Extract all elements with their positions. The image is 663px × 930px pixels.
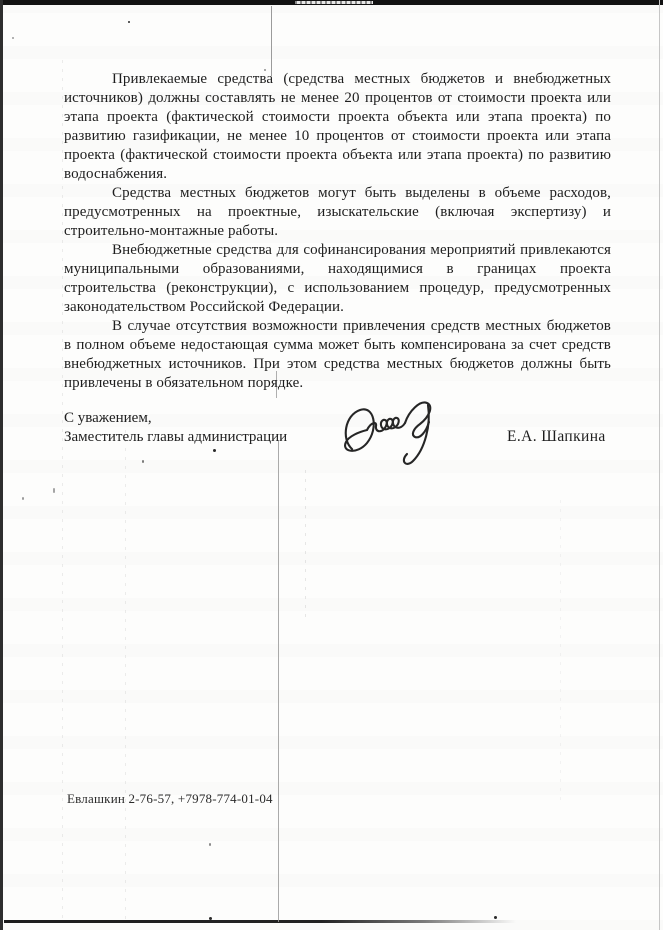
fold-line xyxy=(278,440,279,922)
scan-speck xyxy=(494,916,497,919)
text-line: привлечены в обязательном порядке. xyxy=(64,374,611,393)
text-line: этапа проекта (фактической стоимости про… xyxy=(64,108,611,127)
scan-speck xyxy=(22,497,24,500)
text-line: В случае отсутствия возможности привлече… xyxy=(64,317,611,336)
scan-speck xyxy=(213,449,216,452)
scan-speck xyxy=(12,37,14,39)
footer-contact: Евлашкин 2-76-57, +7978-774-01-04 xyxy=(67,791,273,807)
text-line: водоснабжения. xyxy=(64,165,611,184)
scan-streak xyxy=(62,60,63,920)
scan-speck xyxy=(53,488,55,493)
text-line: развитию газификации, не менее 10 процен… xyxy=(64,127,611,146)
text-line: Внебюджетные средства для софинансирован… xyxy=(64,241,611,260)
scan-speck xyxy=(128,21,130,23)
signature-icon xyxy=(336,395,461,473)
fold-line xyxy=(271,6,272,76)
scan-right-edge xyxy=(659,0,660,930)
scan-streak xyxy=(305,470,306,620)
text-line: Средства местных бюджетов могут быть выд… xyxy=(64,184,611,203)
scanned-letter-page: { "document": { "language": "ru", "parag… xyxy=(0,0,663,930)
paragraph: В случае отсутствия возможности привлече… xyxy=(64,317,611,393)
text-line: источников) должны составлять не менее 2… xyxy=(64,89,611,108)
text-line: предусмотренных на проектные, изыскатель… xyxy=(64,203,611,222)
scan-top-smudge xyxy=(295,1,373,4)
scan-speck xyxy=(209,843,211,846)
scan-speck xyxy=(209,917,212,920)
signer-title: Заместитель главы администрации xyxy=(64,428,287,447)
scan-top-edge xyxy=(0,0,663,5)
text-line: внебюджетных источников. При этом средст… xyxy=(64,355,611,374)
paragraph: Привлекаемые средства (средства местных … xyxy=(64,70,611,184)
text-line: в полном объеме недостающая сумма может … xyxy=(64,336,611,355)
scan-speck xyxy=(142,460,144,463)
text-line: муниципальными образованиями, находящими… xyxy=(64,260,611,279)
text-line: Привлекаемые средства (средства местных … xyxy=(64,70,611,89)
scan-streak xyxy=(560,500,561,800)
text-line: проекта (фактической стоимости проекта о… xyxy=(64,146,611,165)
scan-speck xyxy=(264,69,266,71)
scan-left-edge xyxy=(0,0,3,930)
text-line: строительно-монтажные работы. xyxy=(64,222,611,241)
text-line: строительства (реконструкции), с использ… xyxy=(64,279,611,298)
scan-bottom-edge xyxy=(4,920,516,923)
paragraph: Средства местных бюджетов могут быть выд… xyxy=(64,184,611,241)
letter-body: Привлекаемые средства (средства местных … xyxy=(64,70,611,393)
signer-name: Е.А. Шапкина xyxy=(507,428,606,446)
closing-salutation: С уважением, xyxy=(64,409,287,428)
text-line: законодательством Российской Федерации. xyxy=(64,298,611,317)
scan-streak xyxy=(125,430,126,920)
paragraph: Внебюджетные средства для софинансирован… xyxy=(64,241,611,317)
closing-block: С уважением, Заместитель главы администр… xyxy=(64,409,287,447)
